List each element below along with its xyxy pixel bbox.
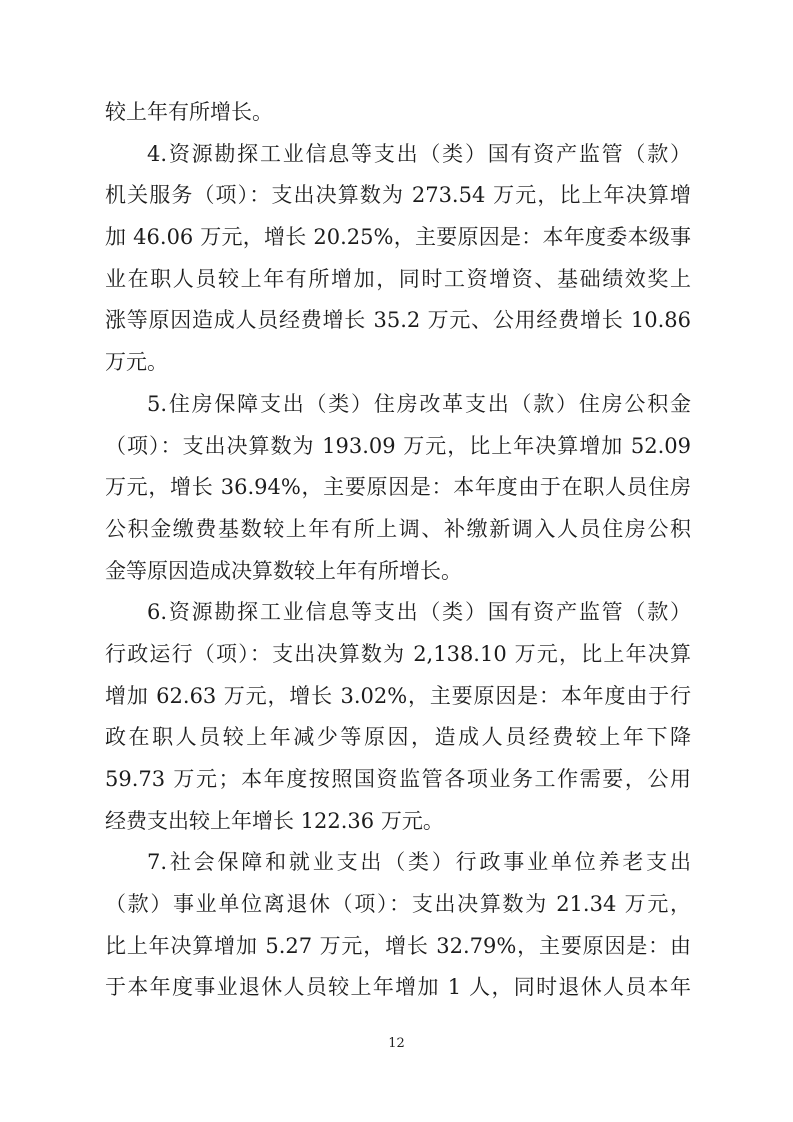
text-line: 行政运行（项）：支出决算数为 2,138.10 万元，比上年决算 — [105, 634, 691, 676]
text-line: 增加 62.63 万元，增长 3.02%，主要原因是：本年度由于行 — [105, 676, 691, 718]
text-line: 公积金缴费基数较上年有所上调、补缴新调入人员住房公积 — [105, 509, 691, 551]
text-line: 6.资源勘探工业信息等支出（类）国有资产监管（款） — [105, 592, 691, 634]
text-line: 万元。 — [105, 342, 691, 384]
text-line: 万元，增长 36.94%，主要原因是：本年度由于在职人员住房 — [105, 467, 691, 509]
text-line: 政在职人员较上年减少等原因，造成人员经费较上年下降 — [105, 717, 691, 759]
text-line: 5.住房保障支出（类）住房改革支出（款）住房公积金 — [105, 384, 691, 426]
text-line: 经费支出较上年增长 122.36 万元。 — [105, 801, 691, 843]
text-line: 机关服务（项）：支出决算数为 273.54 万元，比上年决算增 — [105, 175, 691, 217]
text-line: 于本年度事业退休人员较上年增加 1 人，同时退休人员本年 — [105, 967, 691, 1009]
document-body: 较上年有所增长。4.资源勘探工业信息等支出（类）国有资产监管（款）机关服务（项）… — [105, 92, 691, 1009]
text-line: 业在职人员较上年有所增加，同时工资增资、基础绩效奖上 — [105, 259, 691, 301]
text-line: 7.社会保障和就业支出（类）行政事业单位养老支出 — [105, 842, 691, 884]
text-line: 4.资源勘探工业信息等支出（类）国有资产监管（款） — [105, 134, 691, 176]
document-page: 较上年有所增长。4.资源勘探工业信息等支出（类）国有资产监管（款）机关服务（项）… — [0, 0, 793, 1122]
text-line: 比上年决算增加 5.27 万元，增长 32.79%，主要原因是：由 — [105, 926, 691, 968]
text-line: 较上年有所增长。 — [105, 92, 691, 134]
page-number: 12 — [0, 1036, 793, 1051]
text-line: 涨等原因造成人员经费增长 35.2 万元、公用经费增长 10.86 — [105, 300, 691, 342]
text-line: （项）：支出决算数为 193.09 万元，比上年决算增加 52.09 — [105, 426, 691, 468]
text-line: 金等原因造成决算数较上年有所增长。 — [105, 551, 691, 593]
text-line: （款）事业单位离退休（项）：支出决算数为 21.34 万元， — [105, 884, 691, 926]
text-line: 59.73 万元；本年度按照国资监管各项业务工作需要，公用 — [105, 759, 691, 801]
text-line: 加 46.06 万元，增长 20.25%，主要原因是：本年度委本级事 — [105, 217, 691, 259]
